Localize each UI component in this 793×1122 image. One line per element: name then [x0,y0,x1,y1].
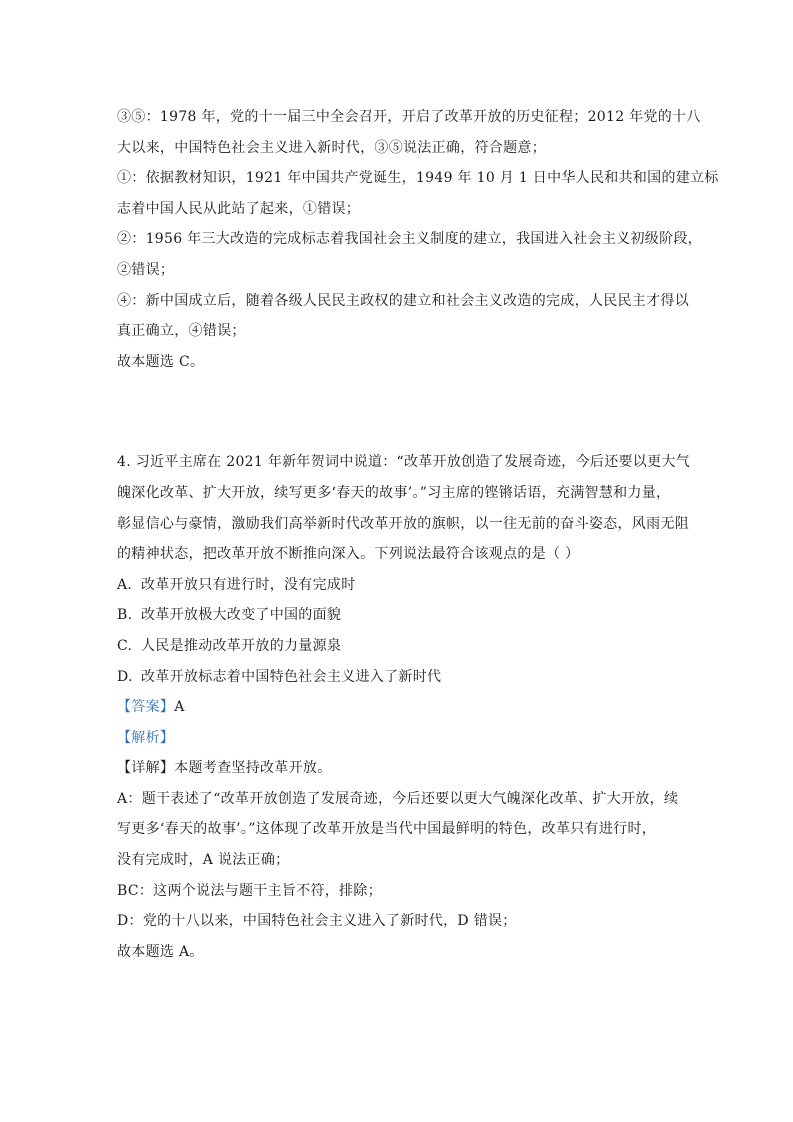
explanation-line: 写更多‘春天的故事’。”这体现了改革开放是当代中国最鲜明的特色，改革只有进行时， [117,814,679,845]
option-letter: C. [117,631,141,662]
explanation-line: ④：新中国成立后，随着各级人民民主政权的建立和社会主义改造的完成，人民民主才得以 [117,286,679,317]
question-stem-line: 魄深化改革、扩大开放，续写更多‘春天的故事’。”习主席的铿锵话语，充满智慧和力量… [117,478,679,509]
conclusion-line: 故本题选 A。 [117,937,679,968]
detail-text: 本题考查坚持改革开放。 [174,760,331,776]
explanation-line: ③⑤：1978 年，党的十一届三中全会召开，开启了改革开放的历史征程；2012 … [117,102,679,133]
answer-value: A [174,699,184,715]
explanation-line: ②错误； [117,255,679,286]
explanation-line: 大以来，中国特色社会主义进入新时代，③⑤说法正确，符合题意； [117,133,679,164]
option-letter: B. [117,600,141,631]
option-letter: A. [117,570,141,601]
previous-answer-explanation: ③⑤：1978 年，党的十一届三中全会召开，开启了改革开放的历史征程；2012 … [117,102,679,377]
answer-options: A.改革开放只有进行时，没有完成时 B.改革开放极大改变了中国的面貌 C.人民是… [117,570,679,692]
detail-line: 【详解】本题考查坚持改革开放。 [117,753,679,784]
option-text: 改革开放标志着中国特色社会主义进入了新时代 [141,669,441,685]
explanation-line: BC：这两个说法与题干主旨不符，排除； [117,876,679,907]
conclusion-line: 故本题选 C。 [117,347,679,378]
option-a: A.改革开放只有进行时，没有完成时 [117,570,679,601]
option-b: B.改革开放极大改变了中国的面貌 [117,600,679,631]
option-d: D.改革开放标志着中国特色社会主义进入了新时代 [117,662,679,693]
question-4: 4. 习近平主席在 2021 年新年贺词中说道：“改革开放创造了发展奇迹，今后还… [117,447,679,967]
explanation-line: A：题干表述了“改革开放创造了发展奇迹，今后还要以更大气魄深化改革、扩大开放，续 [117,784,679,815]
explanation-line: D：党的十八以来，中国特色社会主义进入了新时代，D 错误； [117,906,679,937]
question-stem: 4. 习近平主席在 2021 年新年贺词中说道：“改革开放创造了发展奇迹，今后还… [117,447,679,569]
explanation-line: ①：依据教材知识，1921 年中国共产党诞生，1949 年 10 月 1 日中华… [117,163,679,194]
explanation-line: ②：1956 年三大改造的完成标志着我国社会主义制度的建立，我国进入社会主义初级… [117,224,679,255]
question-stem-line: 彰显信心与豪情，激励我们高举新时代改革开放的旗帜，以一往无前的奋斗姿态，风雨无阻 [117,509,679,540]
question-stem-line: 的精神状态，把改革开放不断推向深入。下列说法最符合该观点的是（ ） [117,539,679,570]
option-text: 改革开放极大改变了中国的面貌 [141,607,341,623]
option-text: 改革开放只有进行时，没有完成时 [141,577,356,593]
explanation-line: 志着中国人民从此站了起来，①错误； [117,194,679,225]
answer-line: 【答案】A [117,692,679,723]
answer-explanation: A：题干表述了“改革开放创造了发展奇迹，今后还要以更大气魄深化改革、扩大开放，续… [117,784,679,968]
section-gap [117,377,679,447]
option-text: 人民是推动改革开放的力量源泉 [141,638,341,654]
option-letter: D. [117,662,141,693]
analysis-line: 【解析】 [117,723,679,754]
explanation-line: 真正确立，④错误； [117,316,679,347]
analysis-label: 【解析】 [117,730,174,746]
question-stem-line: 4. 习近平主席在 2021 年新年贺词中说道：“改革开放创造了发展奇迹，今后还… [117,447,679,478]
answer-label: 【答案】 [117,699,174,715]
option-c: C.人民是推动改革开放的力量源泉 [117,631,679,662]
detail-label: 【详解】 [117,760,174,776]
document-page: ③⑤：1978 年，党的十一届三中全会召开，开启了改革开放的历史征程；2012 … [117,102,679,967]
explanation-line: 没有完成时，A 说法正确； [117,845,679,876]
